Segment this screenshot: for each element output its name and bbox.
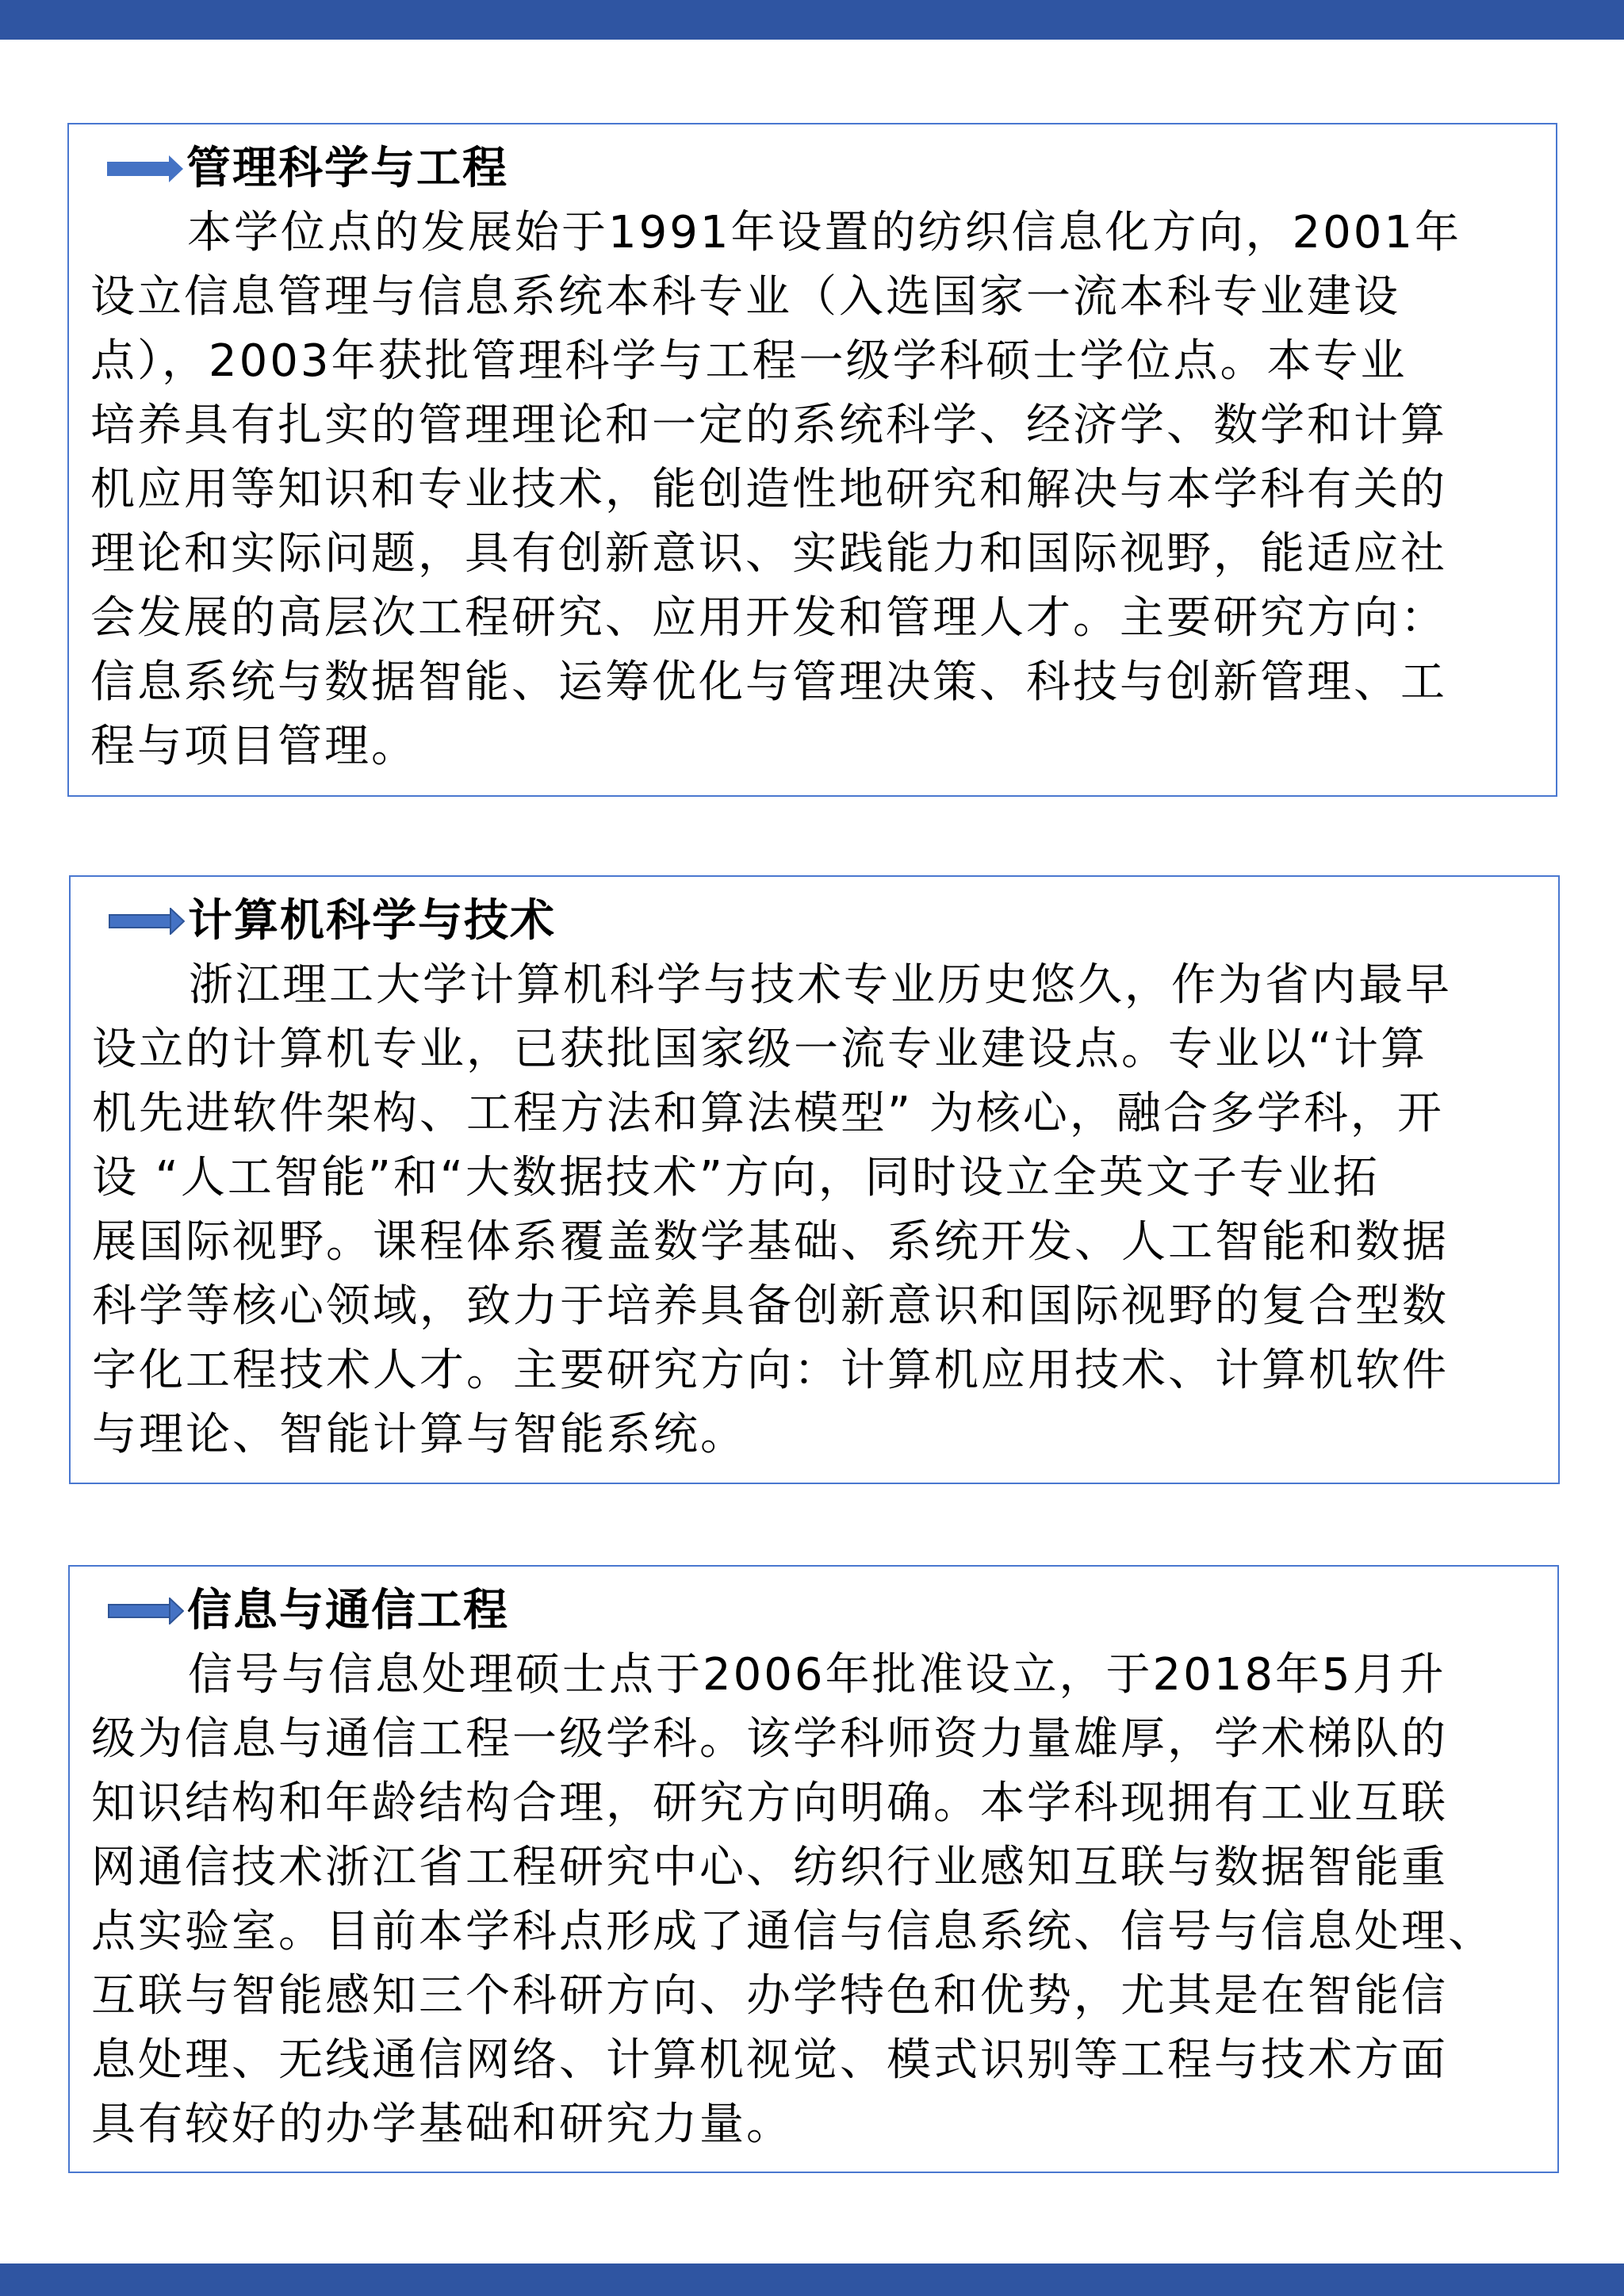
section-management-science: 管理科学与工程 本学位点的发展始于1991年设置的纺织信息化方向，2001年 设… — [67, 123, 1557, 797]
arrow-right-icon — [109, 908, 185, 935]
body-line: 互联与智能感知三个科研方向、办学特色和优势，尤其是在智能信 — [91, 1964, 1549, 2028]
body-line: 网通信技术浙江省工程研究中心、纺织行业感知互联与数据智能重 — [91, 1835, 1549, 1900]
body-line: 展国际视野。课程体系覆盖数学基础、系统开发、人工智能和数据 — [92, 1210, 1550, 1274]
body-line: 设立的计算机专业，已获批国家级一流专业建设点。专业以“计算 — [92, 1017, 1550, 1081]
body-line: 机先进软件架构、工程方法和算法模型” 为核心，融合多学科，开 — [92, 1081, 1550, 1146]
header-bar — [0, 0, 1624, 40]
body-line: 点），2003年获批管理科学与工程一级学科硕士学位点。本专业 — [90, 329, 1548, 393]
body-line: 字化工程技术人才。主要研究方向：计算机应用技术、计算机软件 — [92, 1338, 1550, 1402]
body-line: 具有较好的办学基础和研究力量。 — [91, 2092, 1549, 2156]
section-information-communication: 信息与通信工程 信号与信息处理硕士点于2006年批准设立，于2018年5月升 级… — [68, 1565, 1559, 2173]
arrow-right-icon — [108, 1598, 184, 1624]
section-heading: 信息与通信工程 — [108, 1581, 509, 1641]
body-line: 知识结构和年龄结构合理，研究方向明确。本学科现拥有工业互联 — [91, 1771, 1549, 1835]
section-heading: 管理科学与工程 — [107, 139, 508, 199]
body-line: 程与项目管理。 — [90, 714, 1548, 779]
body-line: 级为信息与通信工程一级学科。该学科师资力量雄厚，学术梯队的 — [91, 1707, 1549, 1771]
body-line: 与理论、智能计算与智能系统。 — [92, 1402, 1550, 1467]
body-line: 理论和实际问题，具有创新意识、实践能力和国际视野，能适应社 — [90, 522, 1548, 586]
body-line: 设 “人工智能”和“大数据技术”方向，同时设立全英文子专业拓 — [92, 1146, 1550, 1210]
section-title: 计算机科学与技术 — [188, 891, 556, 951]
body-line: 本学位点的发展始于1991年设置的纺织信息化方向，2001年 — [90, 201, 1548, 265]
section-body: 信号与信息处理硕士点于2006年批准设立，于2018年5月升 级为信息与通信工程… — [91, 1643, 1549, 2156]
section-heading: 计算机科学与技术 — [109, 891, 556, 951]
section-body: 浙江理工大学计算机科学与技术专业历史悠久，作为省内最早 设立的计算机专业，已获批… — [92, 953, 1550, 1467]
body-line: 信号与信息处理硕士点于2006年批准设立，于2018年5月升 — [91, 1643, 1549, 1707]
body-line: 息处理、无线通信网络、计算机视觉、模式识别等工程与技术方面 — [91, 2028, 1549, 2092]
arrow-right-icon — [107, 155, 183, 182]
body-line: 培养具有扎实的管理理论和一定的系统科学、经济学、数学和计算 — [90, 393, 1548, 457]
body-line: 科学等核心领域，致力于培养具备创新意识和国际视野的复合型数 — [92, 1274, 1550, 1338]
footer-bar — [0, 2263, 1624, 2296]
body-line: 会发展的高层次工程研究、应用开发和管理人才。主要研究方向： — [90, 586, 1548, 650]
body-line: 设立信息管理与信息系统本科专业（入选国家一流本科专业建设 — [90, 265, 1548, 329]
body-line: 点实验室。目前本学科点形成了通信与信息系统、信号与信息处理、 — [91, 1900, 1549, 1964]
section-body: 本学位点的发展始于1991年设置的纺织信息化方向，2001年 设立信息管理与信息… — [90, 201, 1548, 779]
body-line: 信息系统与数据智能、运筹优化与管理决策、科技与创新管理、工 — [90, 650, 1548, 714]
section-computer-science: 计算机科学与技术 浙江理工大学计算机科学与技术专业历史悠久，作为省内最早 设立的… — [69, 875, 1560, 1484]
body-line: 机应用等知识和专业技术，能创造性地研究和解决与本学科有关的 — [90, 457, 1548, 522]
body-line: 浙江理工大学计算机科学与技术专业历史悠久，作为省内最早 — [92, 953, 1550, 1017]
section-title: 管理科学与工程 — [186, 139, 508, 199]
section-title: 信息与通信工程 — [187, 1581, 509, 1641]
